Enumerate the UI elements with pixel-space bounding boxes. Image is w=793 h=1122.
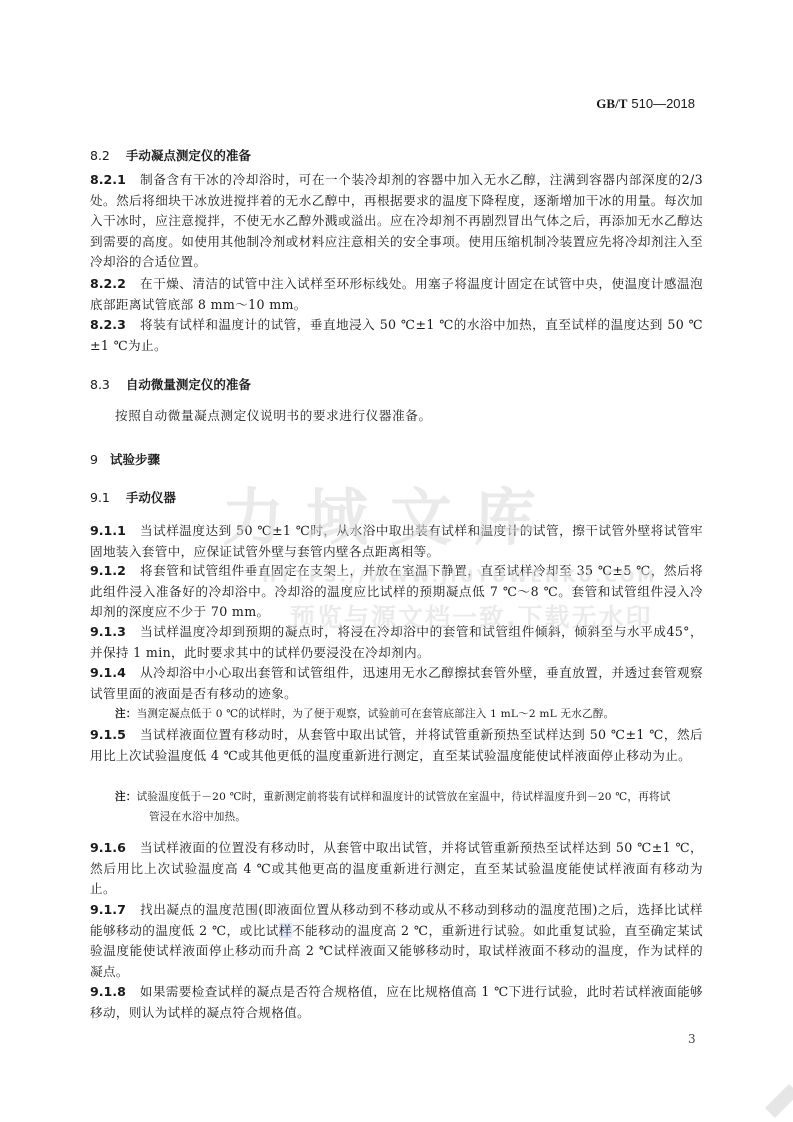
note-text: 当测定凝点低于 0 ℃的试样时，为了便于观察，试验前可在套管底部注入 1 mL～… [137, 708, 615, 720]
section-heading-8-3: 8.3自动微量测定仪的准备 [90, 375, 703, 395]
standard-number-header: GB/T510—2018 [596, 96, 695, 112]
clause-number: 9.1.5 [90, 727, 126, 742]
clause-text: 当试样温度达到 50 ℃±1 ℃时，从水浴中取出装有试样和温度计的试管，擦干试管… [90, 523, 703, 559]
section-heading-9-1: 9.1手动仪器 [90, 488, 703, 508]
clause-number: 8.2.2 [90, 276, 126, 291]
clause-number: 9.1.2 [90, 563, 126, 578]
chapter-number: 9 [90, 452, 98, 467]
section-8-3-text: 按照自动微量凝点测定仪说明书的要求进行仪器准备。 [90, 406, 728, 426]
clause-9-1-6: 9.1.6当试样液面的位置没有移动时，从套管中取出试管，并将试管重新预热至试样达… [90, 838, 703, 900]
document-page: GB/T510—2018 8.2手动凝点测定仪的准备 8.2.1制备含有干冰的冷… [0, 0, 793, 1122]
clause-9-1-1: 9.1.1当试样温度达到 50 ℃±1 ℃时，从水浴中取出装有试样和温度计的试管… [90, 521, 703, 562]
note-label: 注： [115, 791, 137, 803]
clause-9-1-8: 9.1.8如果需要检查试样的凝点是否符合规格值，应在比规格值高 1 ℃下进行试验… [90, 982, 703, 1023]
chapter-title: 试验步骤 [110, 452, 160, 467]
note-text-continuation: 管浸在水浴中加热。 [115, 808, 728, 828]
clause-text: 制备含有干冰的冷却浴时，可在一个装冷却剂的容器中加入无水乙醇，注满到容器内部深度… [90, 172, 703, 269]
note-label: 注： [115, 708, 137, 720]
clause-9-1-4: 9.1.4从冷却浴中小心取出套管和试管组件，迅速用无水乙醇擦拭套管外壁，垂直放置… [90, 663, 703, 704]
clause-text: 将套管和试管组件垂直固定在支架上，并放在室温下静置，直至试样冷却至 35 ℃±5… [90, 563, 703, 619]
clause-text: 将装有试样和温度计的试管，垂直地浸入 50 ℃±1 ℃的水浴中加热，直至试样的温… [90, 317, 703, 353]
section-title: 手动仪器 [126, 490, 176, 505]
clause-number: 9.1.1 [90, 523, 126, 538]
clause-text: 当试样液面位置有移动时，从套管中取出试管，并将试管重新预热至试样达到 50 ℃±… [90, 727, 703, 763]
clause-9-1-2: 9.1.2将套管和试管组件垂直固定在支架上，并放在室温下静置，直至试样冷却至 3… [90, 561, 703, 623]
section-heading-8-2: 8.2手动凝点测定仪的准备 [90, 146, 703, 166]
section-title: 自动微量测定仪的准备 [126, 377, 251, 392]
note-text: 试验温度低于－20 ℃时，重新测定前将装有试样和温度计的试管放在室温中，待试样温… [137, 791, 671, 803]
clause-8-2-2: 8.2.2在干燥、清洁的试管中注入试样至环形标线处。用塞子将温度计固定在试管中央… [90, 274, 703, 315]
chapter-heading-9: 9试验步骤 [90, 450, 703, 470]
clause-9-1-5: 9.1.5当试样液面位置有移动时，从套管中取出试管，并将试管重新预热至试样达到 … [90, 725, 703, 766]
clause-number: 9.1.3 [90, 624, 126, 639]
clause-number: 8.2.1 [90, 172, 126, 187]
clause-number: 9.1.4 [90, 665, 126, 680]
text-selection-highlight: 样 [279, 923, 292, 938]
clause-9-1-7: 9.1.7找出凝点的温度范围(即液面位置从移动到不移动或从不移动到移动的温度范围… [90, 900, 703, 982]
page-number: 3 [688, 1032, 696, 1046]
note-after-9-1-5: 注：试验温度低于－20 ℃时，重新测定前将装有试样和温度计的试管放在室温中，待试… [90, 788, 728, 827]
clause-text: 当试样液面的位置没有移动时，从套管中取出试管，并将试管重新预热至试样达到 50 … [90, 840, 703, 896]
clause-8-2-3: 8.2.3将装有试样和温度计的试管，垂直地浸入 50 ℃±1 ℃的水浴中加热，直… [90, 315, 703, 356]
clause-number: 9.1.8 [90, 984, 126, 999]
section-number: 8.3 [90, 377, 110, 392]
standard-prefix: GB/T [596, 96, 627, 111]
clause-text: 从冷却浴中小心取出套管和试管组件，迅速用无水乙醇擦拭套管外壁，垂直放置，并透过套… [90, 665, 703, 701]
note-after-9-1-4: 注：当测定凝点低于 0 ℃的试样时，为了便于观察，试验前可在套管底部注入 1 m… [90, 705, 728, 725]
clause-number: 8.2.3 [90, 317, 126, 332]
clause-text: 当试样温度冷却到预期的凝点时，将浸在冷却浴中的套管和试管组件倾斜，倾斜至与水平成… [90, 624, 703, 660]
clause-text: 如果需要检查试样的凝点是否符合规格值，应在比规格值高 1 ℃下进行试验，此时若试… [90, 984, 703, 1020]
section-title: 手动凝点测定仪的准备 [126, 148, 251, 163]
section-number: 9.1 [90, 490, 110, 505]
clause-text: 在干燥、清洁的试管中注入试样至环形标线处。用塞子将温度计固定在试管中央，使温度计… [90, 276, 703, 312]
clause-9-1-3: 9.1.3当试样温度冷却到预期的凝点时，将浸在冷却浴中的套管和试管组件倾斜，倾斜… [90, 622, 703, 663]
clause-8-2-1: 8.2.1制备含有干冰的冷却浴时，可在一个装冷却剂的容器中加入无水乙醇，注满到容… [90, 170, 703, 273]
clause-number: 9.1.7 [90, 902, 126, 917]
standard-number: 510—2018 [631, 96, 695, 111]
clause-number: 9.1.6 [90, 840, 126, 855]
page-corner-fold-icon [765, 1084, 793, 1118]
section-number: 8.2 [90, 148, 110, 163]
